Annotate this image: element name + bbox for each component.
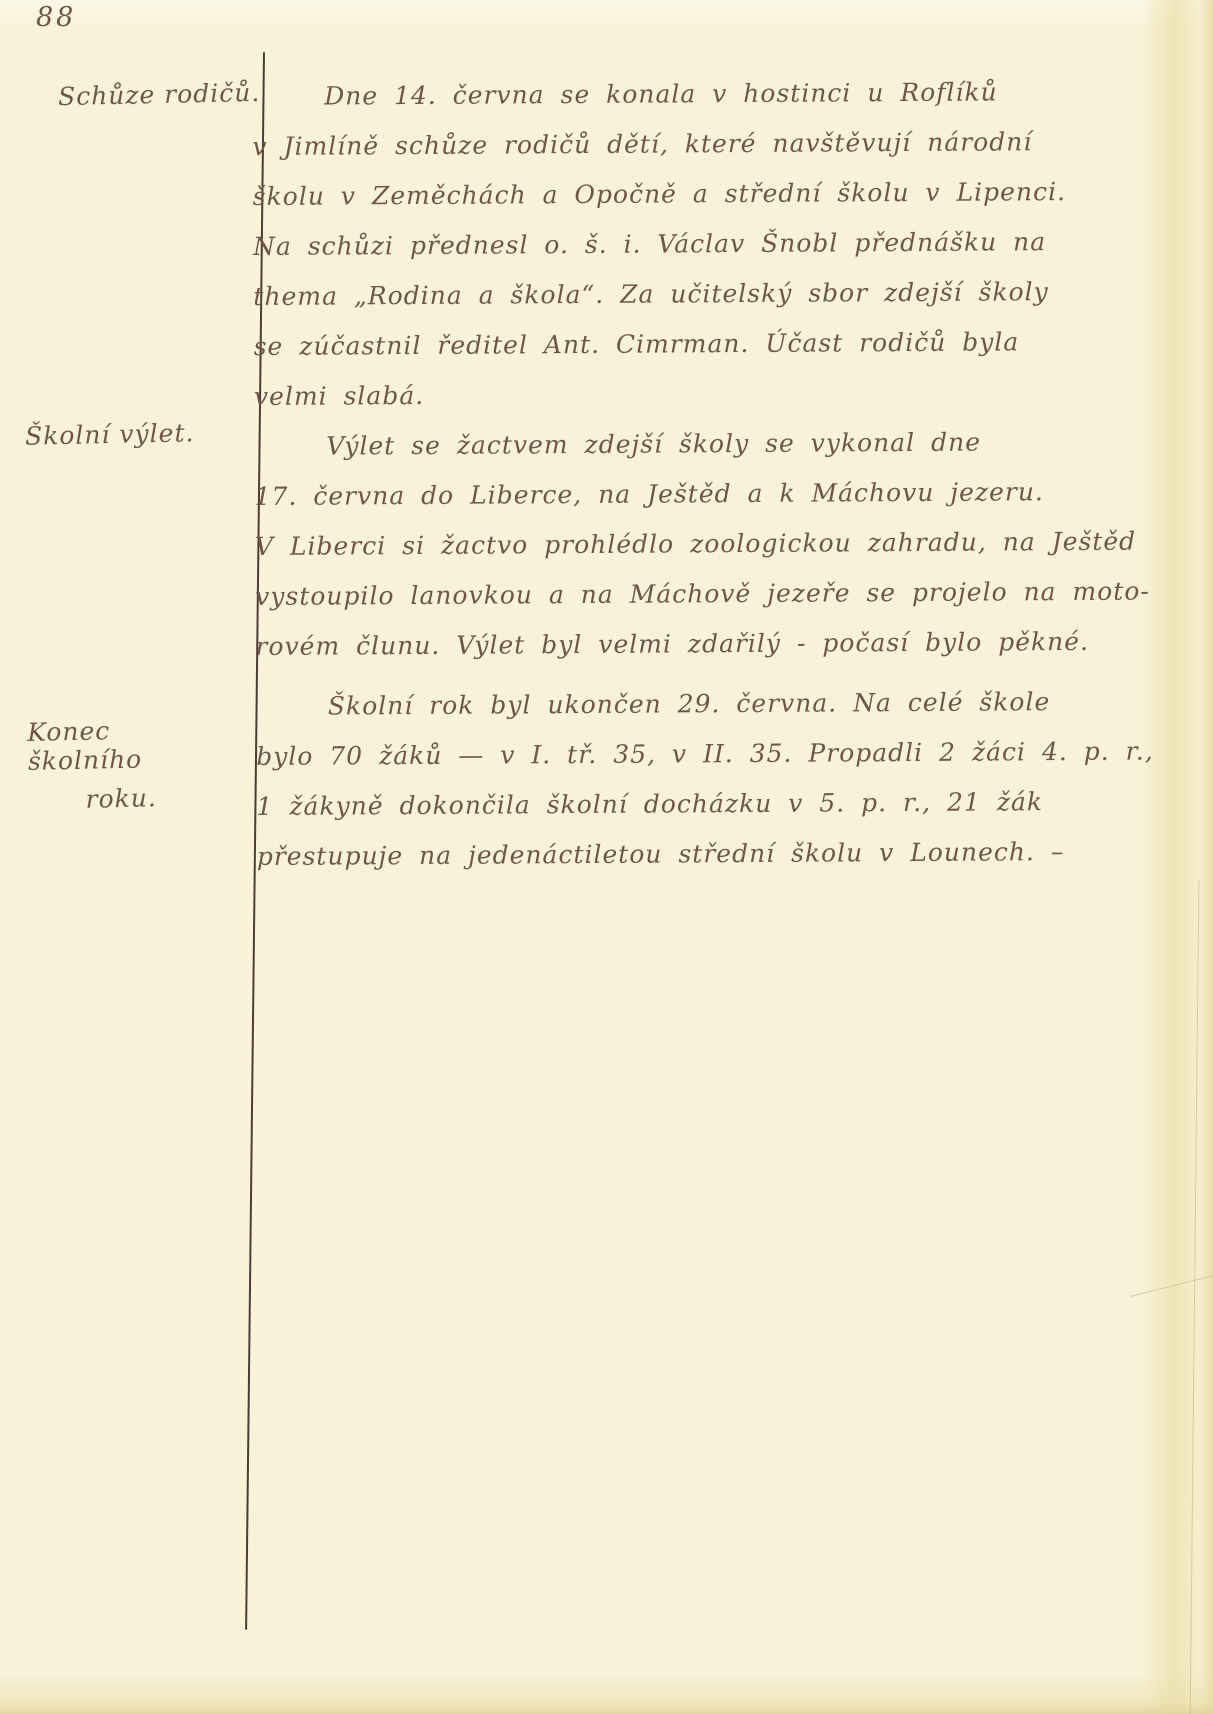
main-handwritten-text: Dne 14. června se konala v hostinci u Ro… — [252, 67, 1087, 882]
page-number: 88 — [36, 2, 76, 33]
page-edge-shading-right — [1143, 0, 1213, 1714]
handwritten-line: bylo 70 žáků — v I. tř. 35, v II. 35. Pr… — [256, 727, 1086, 782]
paper-corner-crease — [1130, 1274, 1213, 1297]
paper-crease-line — [1190, 880, 1200, 1714]
margin-note-line: roku. — [28, 782, 214, 815]
handwritten-line: Na schůzi přednesl o. š. i. Václav Šnobl… — [253, 217, 1083, 272]
page-edge-shading-top — [0, 0, 1213, 26]
chronicle-page-scan: 88 Schůze rodičů. Školní výlet. Konec šk… — [0, 0, 1213, 1714]
handwritten-line: rovém člunu. Výlet byl velmi zdařilý - p… — [255, 617, 1085, 672]
margin-note-line: Konec školního — [27, 714, 213, 776]
handwritten-line: vystoupilo lanovkou a na Máchově jezeře … — [255, 567, 1085, 622]
handwritten-line: thema „Rodina a škola“. Za učitelský sbo… — [253, 267, 1083, 322]
handwritten-line: Dne 14. června se konala v hostinci u Ro… — [252, 67, 1082, 122]
handwritten-line: V Liberci si žactvo prohlédlo zoologicko… — [255, 517, 1085, 572]
handwritten-line: 17. června do Liberce, na Ještěd a k Mác… — [254, 467, 1084, 522]
margin-note-konec-skolniho-roku: Konec školního roku. — [27, 714, 214, 815]
handwritten-line: se zúčastnil ředitel Ant. Cimrman. Účast… — [254, 317, 1084, 372]
handwritten-line: Školní rok byl ukončen 29. června. Na ce… — [256, 677, 1086, 732]
margin-note-skolni-vylet: Školní výlet. — [25, 418, 195, 451]
handwritten-line: přestupuje na jedenáctiletou střední ško… — [257, 827, 1087, 882]
handwritten-line: školu v Zeměchách a Opočně a střední ško… — [253, 167, 1083, 222]
handwritten-line: v Jimlíně schůze rodičů dětí, které navš… — [252, 117, 1082, 172]
handwritten-line: 1 žákyně dokončila školní docházku v 5. … — [256, 777, 1086, 832]
margin-note-schuze-rodicu: Schůze rodičů. — [58, 78, 261, 111]
handwritten-line: Výlet se žactvem zdejší školy se vykonal… — [254, 417, 1084, 472]
page-edge-shading-bottom — [0, 1674, 1213, 1714]
handwritten-line: velmi slabá. — [254, 367, 1084, 422]
